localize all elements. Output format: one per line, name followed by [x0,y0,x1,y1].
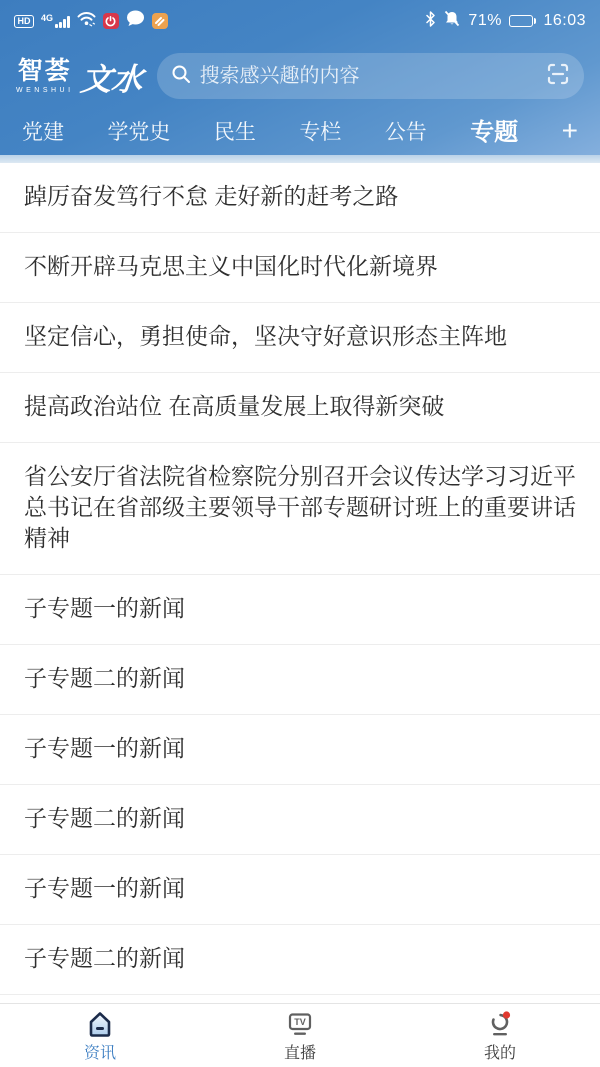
battery-icon [509,15,537,27]
app-screen: HD 4G [0,0,600,1067]
tab-minsheng[interactable]: 民生 [214,122,256,143]
news-list: 踔厉奋发笃行不怠 走好新的赶考之路 不断开辟马克思主义中国化时代化新境界 坚定信… [0,163,600,995]
chat-bubble-icon [126,10,145,32]
tab-gonggao[interactable]: 公告 [385,122,427,143]
app-logo: 智荟 WENSHUI 文水 [16,54,143,99]
orange-app-icon [152,13,168,29]
nav-item-news[interactable]: 资讯 [0,1004,200,1067]
tv-live-icon: TV [285,1009,315,1044]
red-app-icon [103,13,119,29]
news-item[interactable]: 提高政治站位 在高质量发展上取得新突破 [0,373,600,443]
add-channel-button[interactable]: + [562,117,578,145]
search-icon [171,64,191,89]
news-item[interactable]: 子专题一的新闻 [0,715,600,785]
bell-muted-icon [443,10,461,32]
header-logo-search-row: 智荟 WENSHUI 文水 [0,42,600,110]
status-left-icons: HD 4G [14,10,168,32]
news-item[interactable]: 子专题一的新闻 [0,855,600,925]
news-item[interactable]: 坚定信心，勇担使命，坚决守好意识形态主阵地 [0,303,600,373]
profile-icon [485,1009,515,1044]
app-header: HD 4G [0,0,600,155]
tab-zhuanlan[interactable]: 专栏 [299,122,341,143]
news-item[interactable]: 子专题一的新闻 [0,575,600,645]
battery-percent: 71% [468,12,502,30]
status-bar: HD 4G [0,0,600,42]
bottom-nav: 资讯 TV 直播 我的 [0,1003,600,1067]
logo-sub-text: WENSHUI [16,87,74,94]
4g-signal-icon: 4G [41,14,70,28]
category-tabs: 党建 学党史 民生 专栏 公告 专题 + [0,110,600,155]
status-right-icons: 71% 16:03 [425,10,586,32]
notification-badge-dot [503,1011,510,1018]
header-edge-strip [0,155,600,163]
svg-text:TV: TV [294,1017,306,1027]
logo-script-text: 文水 [78,54,145,99]
wifi-icon [77,11,96,32]
nav-label-profile: 我的 [484,1046,516,1062]
nav-item-profile[interactable]: 我的 [400,1004,600,1067]
search-input[interactable] [200,65,546,88]
logo-main-text: 智荟 [18,58,72,84]
clock: 16:03 [543,12,586,30]
news-item[interactable]: 踔厉奋发笃行不怠 走好新的赶考之路 [0,163,600,233]
tab-xuedangshi[interactable]: 学党史 [107,122,170,143]
tab-zhuanti-active[interactable]: 专题 [470,121,518,145]
news-item[interactable]: 省公安厅省法院省检察院分别召开会议传达学习习近平总书记在省部级主要领导干部专题研… [0,443,600,575]
news-item[interactable]: 子专题二的新闻 [0,925,600,995]
tab-dangjian[interactable]: 党建 [22,122,64,143]
news-item[interactable]: 子专题二的新闻 [0,645,600,715]
scan-icon[interactable] [546,62,570,91]
bluetooth-icon [425,11,436,32]
home-news-icon [85,1009,115,1044]
nav-label-news: 资讯 [84,1046,116,1062]
nav-label-live: 直播 [284,1046,316,1062]
nav-item-live[interactable]: TV 直播 [200,1004,400,1067]
news-item[interactable]: 不断开辟马克思主义中国化时代化新境界 [0,233,600,303]
hd-badge: HD [14,15,34,28]
news-item[interactable]: 子专题二的新闻 [0,785,600,855]
search-bar[interactable] [157,53,584,99]
